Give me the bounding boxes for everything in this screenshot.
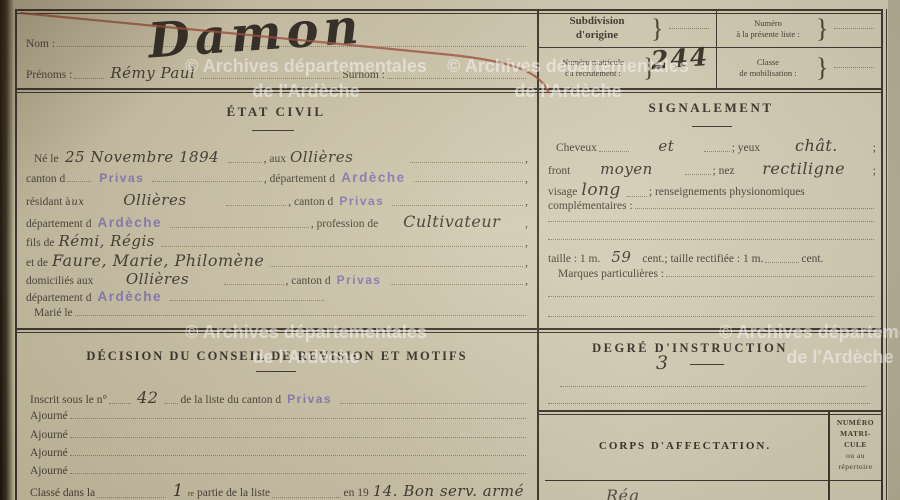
dotted-blank (170, 227, 309, 228)
classe-mobilisation-label: Classe de mobilisation : (722, 57, 814, 78)
nez-label: ; nez (713, 165, 735, 177)
dotted-blank (666, 276, 874, 277)
trailing-comma: , (525, 173, 528, 185)
resident-sup-handwritten: ux (70, 197, 85, 208)
dept-stamp: Ardèche (91, 215, 168, 230)
numero-matricule-column: NUMÉRO MATRI- CULE ou au répertoire (830, 417, 881, 472)
front-nez-row: front moyen ; nez rectiligne ; (548, 159, 876, 178)
ajourne-row: Ajourné (30, 465, 528, 477)
fils-label: fils de (26, 237, 54, 249)
canton-stamp: Privas (93, 171, 150, 185)
trailing-semicolon: ; (873, 165, 876, 177)
canton-stamp: Privas (281, 392, 338, 406)
marie-row: Marié le (34, 307, 528, 319)
cheveux-handwritten: et (631, 137, 702, 155)
ajourne-row: Ajourné (30, 429, 528, 441)
page-binding-edge (0, 0, 14, 500)
canton-label: canton d (26, 173, 65, 185)
residence-handwritten: Ollières (85, 191, 224, 209)
frame-right (881, 9, 883, 500)
prenoms-handwritten: Rémy Paul (106, 64, 199, 82)
dotted-blank (164, 403, 178, 404)
dotted-blank (75, 315, 526, 316)
ne-le-row: Né le 25 Novembre 1894 , aux Ollières , (34, 148, 528, 166)
dotted-blank (627, 196, 647, 197)
cheveux-row: Cheveux et ; yeux chât. ; (556, 136, 876, 155)
cheveux-label: Cheveux (556, 142, 597, 154)
mother-handwritten: Faure, Marie, Philomène (48, 251, 268, 270)
nom-handwritten: Damon (146, 0, 365, 69)
ajourne-label: Ajourné (30, 429, 68, 441)
dotted-blank (70, 418, 526, 419)
dotted-blank (834, 28, 874, 29)
divider-center (537, 9, 539, 500)
ajourne-label: Ajourné (30, 447, 68, 459)
dotted-blank (201, 78, 340, 79)
dotted-blank-line (548, 296, 874, 297)
brace-glyph: } (816, 55, 828, 81)
matricule-handwritten: 244 (650, 42, 710, 75)
yeux-handwritten: chât. (760, 136, 873, 155)
aux-label: , aux (264, 153, 286, 165)
visage-handwritten: long (577, 180, 625, 200)
ne-label: Né le (34, 153, 59, 165)
signalement-title: SIGNALEMENT (548, 100, 874, 116)
decision-title: DÉCISION DU CONSEIL DE REVISION ET MOTIF… (26, 349, 528, 364)
dotted-blank (70, 473, 526, 474)
dept-stamp: Ardèche (91, 289, 168, 304)
numero-matricule-label: Numéro matricule du recrutement : (545, 57, 641, 78)
dept-stamp: Ardèche (335, 170, 412, 185)
dept-profession-row: département d Ardèche , profession de Cu… (26, 212, 528, 231)
dotted-blank (387, 78, 526, 79)
dotted-blank (67, 181, 91, 182)
rule-corps-bottom (545, 480, 882, 481)
dept-label: département d (26, 218, 91, 230)
canton-stamp: Privas (331, 273, 388, 287)
profession-label: , profession de (311, 218, 378, 230)
domicile-handwritten: Ollières (93, 270, 221, 288)
residence-row: résidant à ux Ollières , canton d Privas… (26, 191, 528, 209)
domicile-label: domiciliés aux (26, 275, 93, 287)
classe-mobilisation-box: Classe de mobilisation : } (722, 51, 878, 84)
dotted-blank (224, 284, 284, 285)
dotted-blank (170, 300, 324, 301)
surnom-label: Surnom : (342, 69, 385, 81)
dotted-blank (765, 262, 799, 263)
trailing-semicolon: ; (873, 142, 876, 154)
title-underline (256, 371, 296, 372)
front-handwritten: moyen (570, 160, 682, 178)
dotted-blank (390, 284, 524, 285)
degre-value-handwritten: 3 (652, 352, 673, 374)
marques-row: Marques particulières : (558, 268, 876, 280)
classe-liste-row: Classé dans la 1 re partie de la liste e… (30, 481, 528, 500)
rule-topboxes-middle (539, 47, 881, 48)
ajourne-label: Ajourné (30, 465, 68, 477)
dotted-blank-line (560, 386, 866, 387)
page-right-edge (888, 0, 900, 500)
dotted-blank (599, 151, 629, 152)
trailing-comma: , (525, 257, 528, 269)
dotted-blank-line (548, 239, 874, 240)
trailing-comma: , (525, 218, 528, 230)
father-handwritten: Rémi, Régis (54, 232, 159, 250)
corps-partial-handwriting: Rég (602, 486, 643, 500)
rule-corps-top (539, 410, 882, 415)
dotted-blank (392, 205, 523, 206)
subdivision-label: Subdivision d'origine (545, 15, 649, 43)
dotted-blank (152, 181, 262, 182)
title-underline (252, 130, 294, 131)
visage-label: visage (548, 186, 577, 198)
dotted-blank-line (548, 316, 874, 317)
dotted-blank (414, 181, 524, 182)
visage-row: visage long ; renseignements physionomiq… (548, 180, 876, 200)
complementaires-label: complémentaires : (548, 200, 633, 212)
dotted-blank (270, 266, 523, 267)
trailing-comma: , (525, 153, 528, 165)
classe-sup: re (188, 489, 194, 498)
dotted-blank (228, 162, 262, 163)
etat-civil-title: ÉTAT CIVIL (26, 104, 526, 120)
marie-label: Marié le (34, 307, 73, 319)
resident-label: résidant à (26, 196, 70, 208)
trailing-comma: , (525, 275, 528, 287)
dotted-blank-line (548, 403, 870, 404)
classe-label: Classé dans la (30, 487, 95, 499)
dotted-blank (272, 497, 341, 498)
taille-label3: cent. (801, 253, 823, 265)
birthdate-handwritten: 25 Novembre 1894 (59, 148, 226, 166)
nom-label: Nom : (26, 38, 55, 50)
dept-label: département d (26, 292, 91, 304)
subdivision-box: Subdivision d'origine } (545, 12, 713, 45)
dept3-row: département d Ardèche (26, 289, 326, 304)
dotted-blank (70, 437, 526, 438)
canton-dept-row: canton d Privas , département d Ardèche … (26, 170, 528, 185)
canton-label: , canton d (286, 275, 331, 287)
dotted-blank (161, 246, 523, 247)
et-de-label: et de (26, 257, 48, 269)
ajourne-row: Ajourné (30, 410, 528, 422)
title-underline (690, 364, 724, 365)
numero-liste-box: Numéro à la présente liste : } (722, 12, 878, 45)
ajourne-row: Ajourné (30, 447, 528, 459)
dotted-blank (74, 78, 104, 79)
taille-label: taille : 1 m. (548, 253, 600, 265)
frame-right-outer (886, 9, 887, 500)
taille-label2: cent.; taille rectifiée : 1 m. (642, 253, 763, 265)
profession-handwritten: Cultivateur (378, 212, 525, 231)
prenoms-row: Prénoms : Rémy Paul Surnom : (26, 64, 528, 82)
dotted-blank (70, 455, 526, 456)
inscrit-row: Inscrit sous le n° 42 de la liste du can… (30, 388, 528, 407)
numero-liste-label: Numéro à la présente liste : (722, 18, 814, 39)
marques-label: Marques particulières : (558, 268, 664, 280)
dotted-blank (685, 174, 711, 175)
birthplace-handwritten: Ollières (286, 148, 408, 166)
mother-row: et de Faure, Marie, Philomène , (26, 251, 528, 270)
rule-under-name (15, 88, 882, 93)
trailing-comma: , (525, 237, 528, 249)
divider-topboxes (716, 10, 717, 88)
canton-stamp: Privas (333, 194, 390, 208)
inscrit-label2: de la liste du canton d (180, 394, 281, 406)
dotted-blank (340, 403, 526, 404)
dotted-blank (109, 403, 131, 404)
corps-title: CORPS D'AFFECTATION. (560, 440, 810, 452)
title-underline (692, 126, 732, 127)
dotted-blank-line (548, 221, 874, 222)
brace-glyph: } (816, 16, 828, 42)
military-record-card: Nom : Damon Prénoms : Rémy Paul Surnom :… (0, 0, 900, 500)
classe-num-handwritten: 1 (168, 481, 187, 500)
trailing-comma: , (525, 196, 528, 208)
prenoms-label: Prénoms : (26, 69, 72, 81)
dotted-blank (834, 67, 874, 68)
classe-label3: en 19 (343, 487, 368, 499)
classe-value-handwritten: 14. Bon serv. armé (369, 482, 528, 500)
renseignements-label: ; renseignements physionomiques (649, 186, 805, 198)
taille-handwritten: 59 (600, 248, 642, 266)
yeux-label: ; yeux (732, 142, 760, 154)
dotted-blank (669, 28, 709, 29)
complementaires-row: complémentaires : (548, 200, 876, 212)
classe-label2: partie de la liste (197, 487, 270, 499)
degre-title: DEGRÉ D'INSTRUCTION (540, 341, 840, 356)
dotted-blank (704, 151, 730, 152)
front-label: front (548, 165, 570, 177)
taille-row: taille : 1 m. 59 cent.; taille rectifiée… (548, 248, 876, 266)
ajourne-label: Ajourné (30, 410, 68, 422)
dotted-blank (410, 162, 524, 163)
canton-label: , canton d (288, 196, 333, 208)
frame-left (15, 9, 17, 500)
domicile-row: domiciliés aux Ollières , canton d Priva… (26, 270, 528, 288)
nez-handwritten: rectiligne (735, 159, 873, 178)
dotted-blank (226, 205, 286, 206)
dotted-blank (635, 208, 874, 209)
brace-glyph: } (651, 16, 663, 42)
rule-mid (15, 328, 882, 333)
inscrit-num-handwritten: 42 (133, 388, 162, 407)
dotted-blank (97, 497, 166, 498)
dept-label: , département d (264, 173, 335, 185)
inscrit-label: Inscrit sous le n° (30, 394, 107, 406)
father-row: fils de Rémi, Régis , (26, 232, 528, 250)
